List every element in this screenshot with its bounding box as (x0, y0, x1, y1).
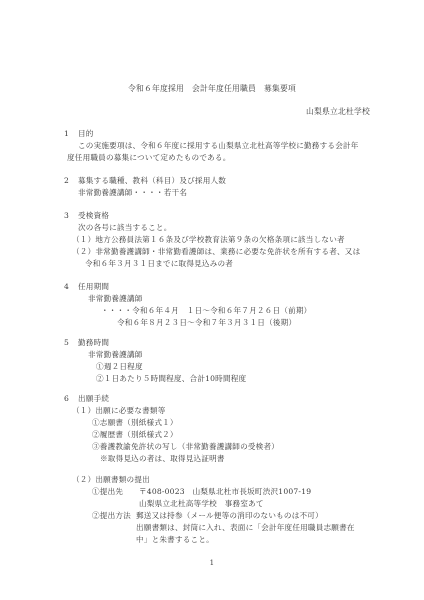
subsection-label: （２）出願書類の提出 (72, 476, 150, 484)
section-number: 2 (64, 177, 69, 185)
destination-recipient: 山梨県立北杜高等学校 事務室あて (139, 500, 264, 508)
term-line: 非常勤養護講師 (88, 295, 143, 303)
organization-name: 山梨県立北杜学校 (306, 108, 370, 116)
section-heading: 出願手続 (78, 395, 109, 403)
hours-line: ①週２日程度 (96, 363, 143, 371)
subsection-label: （１）出願に必要な書類等 (72, 407, 166, 415)
section-heading: 目的 (78, 130, 94, 138)
term-line: 令和６年８月２３日～令和７年３月３１日（後期） (117, 319, 296, 327)
eligibility-line: （２）非常勤養護講師・非常勤看護師は、業務に必要な免許状を所有する者、又は (72, 248, 360, 256)
method-line: 出願書類は、封筒に入れ、表面に「会計年度任用職員志願書在 (136, 524, 355, 532)
method-line: 郵送又は持参（メール便等の消印のないものは不可） (136, 512, 323, 520)
eligibility-line: （１）地方公務員法第１６条及び学校教育法第９条の欠格条項に該当しない者 (72, 236, 345, 244)
term-line: ・・・・令和６年４月 １日～令和６年７月２６日（前期） (101, 307, 311, 315)
section-number: 4 (64, 283, 69, 291)
method-label: ②提出方法 (92, 512, 131, 520)
method-line: 中」と朱書すること。 (136, 536, 214, 544)
section-heading: 任用期間 (78, 283, 109, 291)
document-item: ③養護教諭免許状の写し（非常勤養護講師の受検者） (92, 443, 279, 451)
document-item: ②履歴書（別紙様式２） (92, 431, 178, 439)
document-note: ※取得見込の者は、取得見込証明書 (100, 455, 225, 463)
hours-line: 非常勤養護講師 (88, 351, 143, 359)
section-heading: 募集する職種、教科（科目）及び採用人数 (78, 177, 226, 185)
destination-address: 〒408-0023 山梨県北杜市長坂町渋沢1007-19 (139, 488, 311, 496)
eligibility-line: 次の各号に該当すること。 (78, 224, 172, 232)
document-item: ①志願書（別紙様式１） (92, 419, 178, 427)
paragraph-line: この実施要項は、令和６年度に採用する山梨県立北杜高等学校に勤務する会計年 (78, 142, 359, 150)
section-heading: 受検資格 (78, 212, 109, 220)
section-number: 1 (64, 130, 69, 138)
section-heading: 勤務時間 (78, 339, 109, 347)
position-line: 非常勤養護講師・・・・若干名 (78, 189, 187, 197)
section-number: 5 (64, 339, 69, 347)
eligibility-line: 令和６年３月３１日までに取得見込みの者 (85, 260, 233, 268)
section-number: 3 (64, 212, 69, 220)
hours-line: ②１日あたり５時間程度、合計10時間程度 (96, 375, 246, 383)
document-title: 令和６年度採用 会計年度任用職員 募集要項 (0, 85, 424, 93)
destination-label: ①提出先 (92, 488, 123, 496)
paragraph-line: 度任用職員の募集について定めたものである。 (67, 154, 231, 162)
section-number: 6 (64, 395, 69, 403)
page-number: 1 (0, 560, 424, 567)
